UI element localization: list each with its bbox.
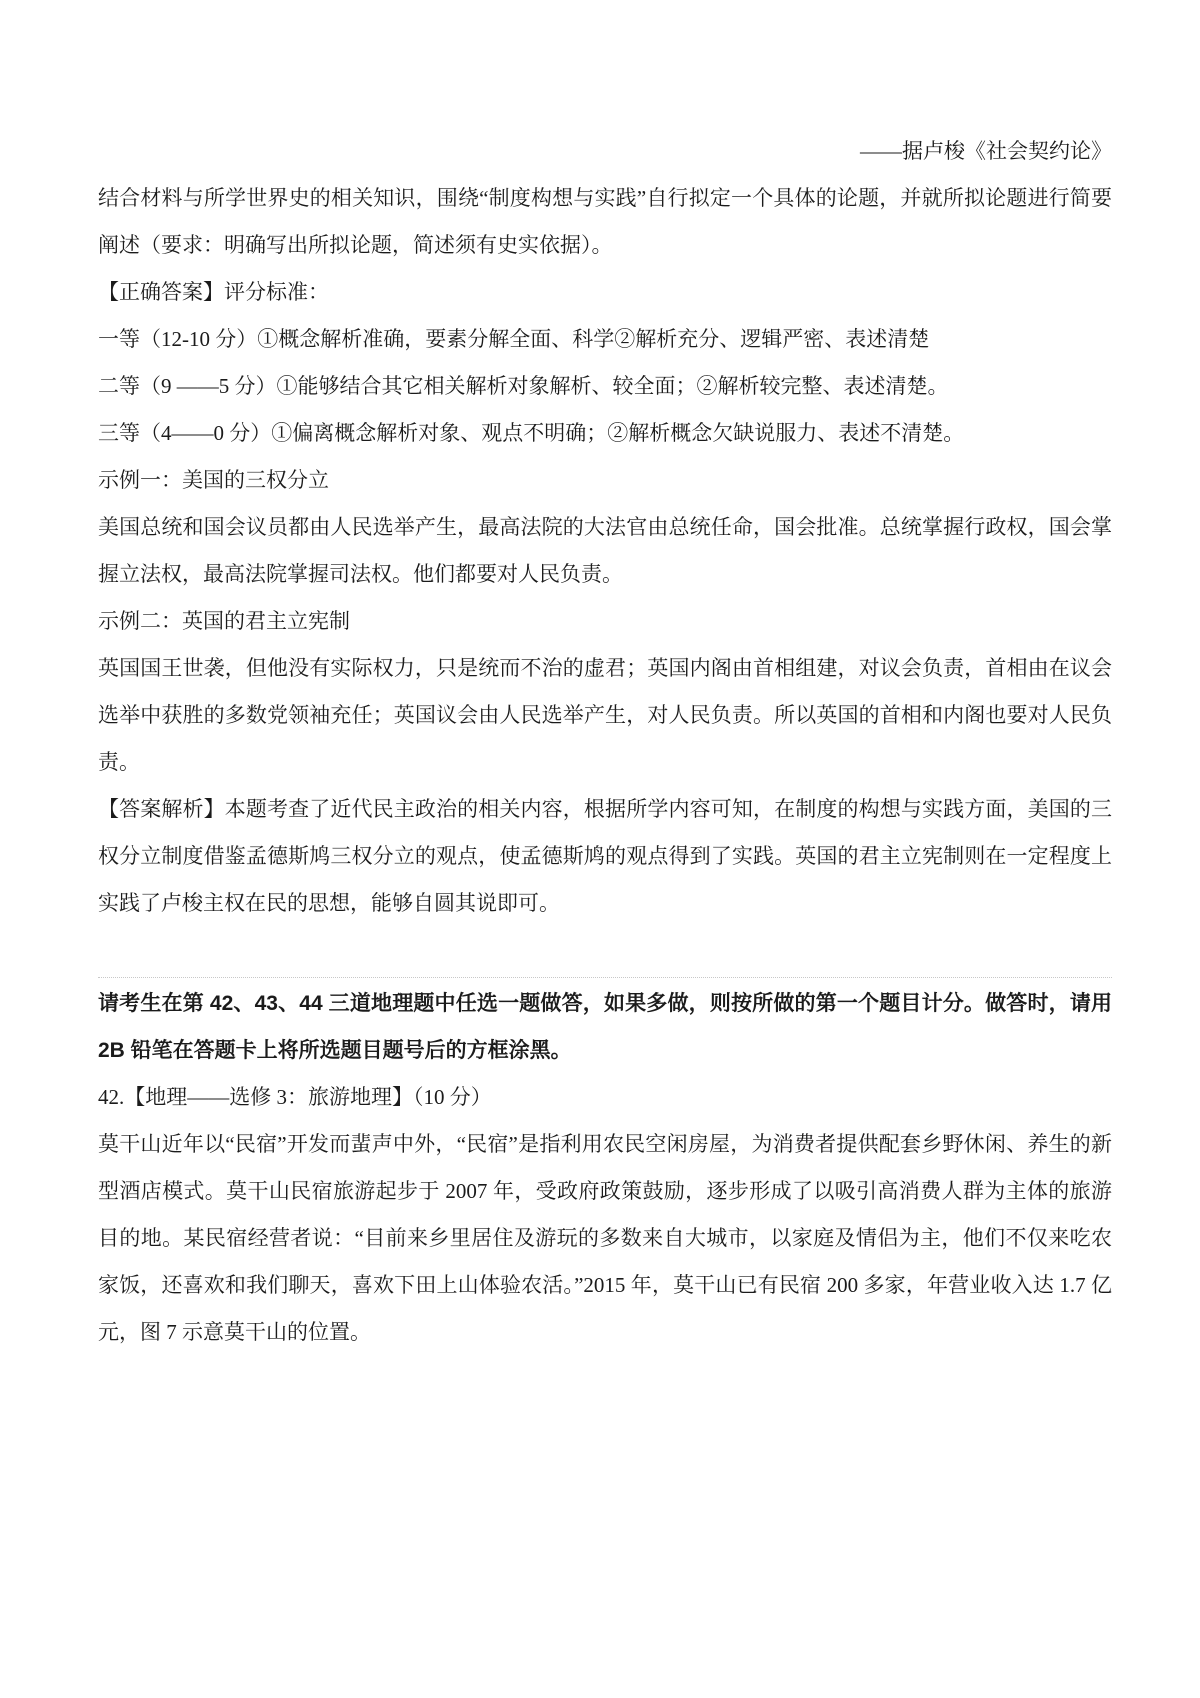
grading-tier-2: 二等（9 ——5 分）①能够结合其它相关解析对象解析、较全面；②解析较完整、表述… bbox=[98, 363, 1112, 410]
history-task-paragraph: 结合材料与所学世界史的相关知识，围绕“制度构想与实践”自行拟定一个具体的论题，并… bbox=[98, 175, 1112, 269]
question-42-heading: 42.【地理——选修 3：旅游地理】（10 分） bbox=[98, 1074, 1112, 1121]
exam-document-page: ——据卢梭《社会契约论》 结合材料与所学世界史的相关知识，围绕“制度构想与实践”… bbox=[0, 0, 1200, 1698]
question-42-body: 莫干山近年以“民宿”开发而蜚声中外，“民宿”是指利用农民空闲房屋，为消费者提供配… bbox=[98, 1121, 1112, 1356]
example1-body: 美国总统和国会议员都由人民选举产生，最高法院的大法官由总统任命，国会批准。总统掌… bbox=[98, 504, 1112, 598]
grading-tier-1: 一等（12-10 分）①概念解析准确，要素分解全面、科学②解析充分、逻辑严密、表… bbox=[98, 316, 1112, 363]
example2-title: 示例二：英国的君主立宪制 bbox=[98, 598, 1112, 645]
geography-section: 请考生在第 42、43、44 三道地理题中任选一题做答，如果多做，则按所做的第一… bbox=[98, 977, 1112, 1356]
answer-analysis-paragraph: 【答案解析】本题考查了近代民主政治的相关内容，根据所学内容可知，在制度的构想与实… bbox=[98, 786, 1112, 927]
grading-tier-3: 三等（4——0 分）①偏离概念解析对象、观点不明确；②解析概念欠缺说服力、表述不… bbox=[98, 410, 1112, 457]
optional-question-notice: 请考生在第 42、43、44 三道地理题中任选一题做答，如果多做，则按所做的第一… bbox=[98, 980, 1112, 1074]
source-attribution: ——据卢梭《社会契约论》 bbox=[98, 128, 1112, 175]
example1-title: 示例一：美国的三权分立 bbox=[98, 457, 1112, 504]
correct-answer-header: 【正确答案】评分标准： bbox=[98, 269, 1112, 316]
example2-body: 英国国王世袭，但他没有实际权力，只是统而不治的虚君；英国内阁由首相组建，对议会负… bbox=[98, 645, 1112, 786]
